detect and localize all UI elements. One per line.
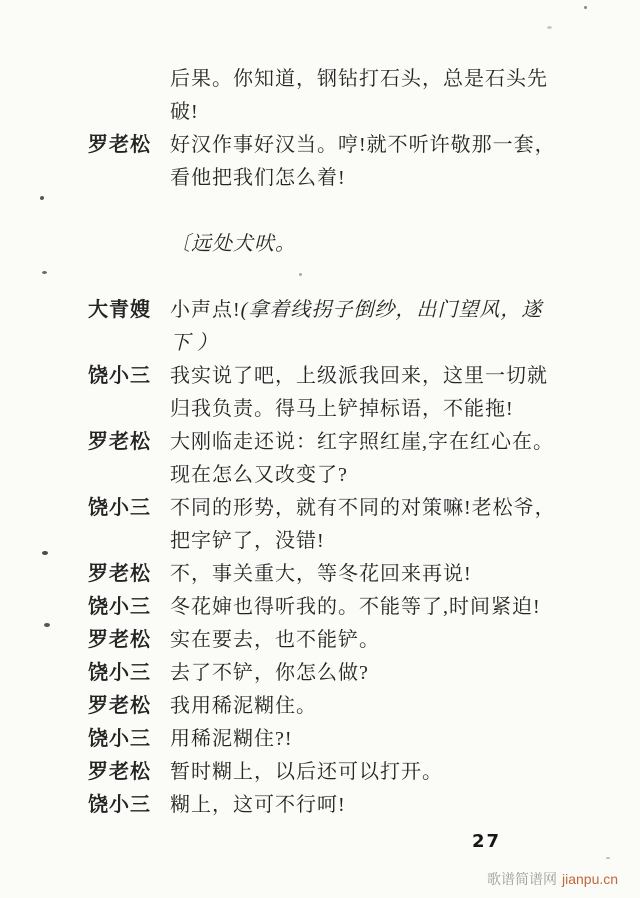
ink-speck: [584, 6, 587, 9]
dialogue-line: 我用稀泥糊住。: [170, 690, 556, 723]
dialogue-entry: 饶小三 不同的形势，就有不同的对策嘛!老松爷， 把字铲了，没错!: [88, 492, 556, 558]
ink-speck: [299, 273, 302, 276]
page-number: 27: [472, 831, 501, 852]
speaker-name: 饶小三: [88, 723, 170, 756]
dialogue-line: 后果。你知道，钢钻打石头，总是石头先: [170, 63, 556, 96]
speaker-name: 罗老松: [88, 426, 170, 459]
speaker-name: 饶小三: [88, 657, 170, 690]
dialogue-lines: 用稀泥糊住?!: [170, 723, 556, 756]
dialogue-entry: 大青嫂 小声点!(拿着线拐子倒纱，出门望风，遂 下 ）: [88, 294, 556, 360]
dialogue-entry: 饶小三 用稀泥糊住?!: [88, 723, 556, 756]
dialogue-line: 归我负责。得马上铲掉标语，不能拖!: [170, 393, 556, 426]
dialogue-line: 现在怎么又改变了?: [170, 459, 556, 492]
dialogue-line: 实在要去，也不能铲。: [170, 624, 556, 657]
dialogue-entry: 饶小三 去了不铲，你怎么做?: [88, 657, 556, 690]
dialogue-line: 破!: [170, 96, 556, 129]
watermark-site-name: 歌谱简谱网: [487, 871, 557, 887]
dialogue-line: 好汉作事好汉当。哼!就不听许敬那一套，: [170, 129, 556, 162]
speaker-name: 罗老松: [88, 129, 170, 162]
dialogue-line: 大刚临走还说：红字照红崖,字在红心在。: [170, 426, 556, 459]
stage-direction-text: 〔远处犬吠。: [170, 228, 556, 261]
speaker-name: 罗老松: [88, 756, 170, 789]
dialogue-line: 下 ）: [170, 327, 556, 360]
speaker-name: 大青嫂: [88, 294, 170, 327]
speaker-name: 饶小三: [88, 492, 170, 525]
dialogue-lines: 我用稀泥糊住。: [170, 690, 556, 723]
dialogue-lines: 暂时糊上，以后还可以打开。: [170, 756, 556, 789]
dialogue-entry: 罗老松 实在要去，也不能铲。: [88, 624, 556, 657]
ink-speck: [42, 551, 48, 555]
dialogue-lines: 〔远处犬吠。: [170, 228, 556, 261]
dialogue-line: 我实说了吧，上级派我回来，这里一切就: [170, 360, 556, 393]
dialogue-line: 把字铲了，没错!: [170, 525, 556, 558]
speaker-name: 饶小三: [88, 789, 170, 822]
dialogue-lines: 不，事关重大，等冬花回来再说!: [170, 558, 556, 591]
dialogue-entry: 罗老松 大刚临走还说：红字照红崖,字在红心在。 现在怎么又改变了?: [88, 426, 556, 492]
dialogue-line: 看他把我们怎么着!: [170, 162, 556, 195]
dialogue-line: 糊上，这可不行呵!: [170, 789, 556, 822]
dialogue-entry: 后果。你知道，钢钻打石头，总是石头先 破!: [88, 63, 556, 129]
dialogue-line: 不同的形势，就有不同的对策嘛!老松爷，: [170, 492, 556, 525]
dialogue-line: 用稀泥糊住?!: [170, 723, 556, 756]
speaker-name: 罗老松: [88, 558, 170, 591]
dialogue-lines: 后果。你知道，钢钻打石头，总是石头先 破!: [170, 63, 556, 129]
dialogue-entry: 饶小三 冬花婶也得听我的。不能等了,时间紧迫!: [88, 591, 556, 624]
dialogue-entry: 罗老松 暂时糊上，以后还可以打开。: [88, 756, 556, 789]
dialogue-lines: 实在要去，也不能铲。: [170, 624, 556, 657]
dialogue-lines: 大刚临走还说：红字照红崖,字在红心在。 现在怎么又改变了?: [170, 426, 556, 492]
dialogue-lines: 糊上，这可不行呵!: [170, 789, 556, 822]
dialogue-line: 冬花婶也得听我的。不能等了,时间紧迫!: [170, 591, 556, 624]
script-content: 后果。你知道，钢钻打石头，总是石头先 破! 罗老松 好汉作事好汉当。哼!就不听许…: [88, 63, 556, 822]
inline-stage-direction: (拿着线拐子倒纱，出门望风，遂: [241, 299, 543, 321]
dialogue-lines: 小声点!(拿着线拐子倒纱，出门望风，遂 下 ）: [170, 294, 556, 360]
dialogue-line: 不，事关重大，等冬花回来再说!: [170, 558, 556, 591]
dialogue-entry: 饶小三 糊上，这可不行呵!: [88, 789, 556, 822]
scanned-script-page: 后果。你知道，钢钻打石头，总是石头先 破! 罗老松 好汉作事好汉当。哼!就不听许…: [0, 0, 640, 898]
speaker-name: 饶小三: [88, 360, 170, 393]
ink-speck: [547, 26, 552, 29]
speaker-name: 罗老松: [88, 624, 170, 657]
dialogue-entry: 罗老松 好汉作事好汉当。哼!就不听许敬那一套， 看他把我们怎么着!: [88, 129, 556, 195]
ink-speck: [42, 271, 47, 274]
dialogue-line: 小声点!(拿着线拐子倒纱，出门望风，遂: [170, 294, 556, 327]
dialogue-line: 暂时糊上，以后还可以打开。: [170, 756, 556, 789]
watermark-url: jianpu.cn: [562, 871, 618, 887]
dialogue-line: 去了不铲，你怎么做?: [170, 657, 556, 690]
stage-direction: 〔远处犬吠。: [88, 228, 556, 261]
speaker-name: 饶小三: [88, 591, 170, 624]
ink-speck: [44, 623, 50, 627]
dialogue-lines: 我实说了吧，上级派我回来，这里一切就 归我负责。得马上铲掉标语，不能拖!: [170, 360, 556, 426]
ink-speck: [39, 195, 44, 200]
watermark: 歌谱简谱网jianpu.cn: [487, 869, 618, 889]
dialogue-lines: 冬花婶也得听我的。不能等了,时间紧迫!: [170, 591, 556, 624]
dialogue-entry: 饶小三 我实说了吧，上级派我回来，这里一切就 归我负责。得马上铲掉标语，不能拖!: [88, 360, 556, 426]
dialogue-entry: 罗老松 不，事关重大，等冬花回来再说!: [88, 558, 556, 591]
dialogue-lines: 去了不铲，你怎么做?: [170, 657, 556, 690]
ink-speck: [304, 367, 307, 370]
dialogue-lines: 好汉作事好汉当。哼!就不听许敬那一套， 看他把我们怎么着!: [170, 129, 556, 195]
speech-text: 小声点!: [170, 299, 241, 321]
ink-speck: [606, 857, 610, 859]
dialogue-entry: 罗老松 我用稀泥糊住。: [88, 690, 556, 723]
speaker-name: 罗老松: [88, 690, 170, 723]
dialogue-lines: 不同的形势，就有不同的对策嘛!老松爷， 把字铲了，没错!: [170, 492, 556, 558]
